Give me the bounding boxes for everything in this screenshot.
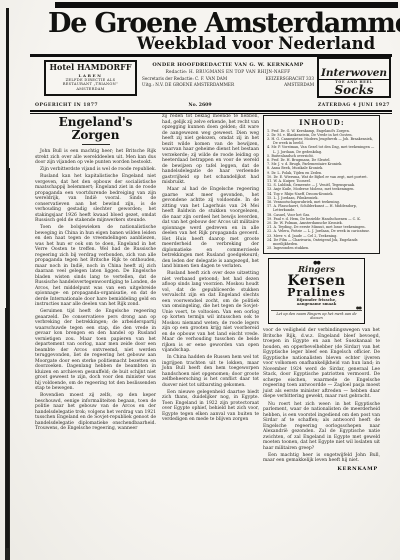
hotel-ad-line: AMSTERDAM [46, 87, 135, 92]
masthead: De Groene Amsterdammer Weekblad voor Ned… [48, 11, 392, 51]
article-paragraph: Een nieuwe gelegenheid daartoe biedt zic… [162, 390, 259, 423]
article-paragraph: Nu roert het zich weer: in het Egyptisch… [263, 402, 380, 452]
cherries-icon: ●● [356, 305, 361, 311]
socks-ad-product: Socks [319, 85, 389, 96]
article-paragraph: voor de veiligheid der verbindingswegen … [263, 328, 380, 400]
contents-entry: 17. A. Plasschaert, Schilderkunst — H. M… [267, 204, 377, 212]
chief-editor-line: ONDER HOOFDREDACTIE VAN G. W. KERNKAMP [141, 62, 315, 69]
editorial-block: ONDER HOOFDREDACTIE VAN G. W. KERNKAMP R… [141, 62, 315, 89]
socks-ad-brand: Interwoven [319, 68, 389, 80]
author-signature: KERNKAMP [263, 467, 380, 473]
publisher-line: Uitg.: N.V. DE GROENE AMSTERDAMMER AMSTE… [141, 82, 315, 89]
hotel-ad-name: Hotel HAMDORFF [46, 63, 135, 73]
contents-title: INHOUD: [267, 118, 377, 127]
article-paragraph: Maar al had de Engelsche regeering gaarn… [162, 187, 259, 270]
article-paragraph: zij reden tot beklag meende te hebben, h… [162, 114, 259, 186]
ringers-ad-footnote: Let op den naam Ringers op het merk aan … [271, 310, 362, 321]
article-paragraph: Rusland heeft zich over deze uitzetting … [162, 271, 259, 354]
article-paragraph: Geruimen tijd heeft de Engelsche regeeri… [35, 309, 156, 392]
contents-entry: 24. De Film — Charivaria, Onteigend Jok,… [267, 238, 377, 246]
masthead-title: De Groene Amsterdammer [48, 11, 392, 36]
title-ornament [82, 144, 110, 145]
table-of-contents-box: INHOUD: 1. Prof. Dr. G. W. Kernkamp, Eng… [263, 115, 380, 254]
contents-entry: 4. Mr. P. Vorstman, Van Gezel tot den Da… [267, 145, 377, 153]
article-column-2: zij reden tot beklag meende te hebben, h… [162, 114, 259, 424]
contents-entry: 3. H. G. Cannegieter, Modern Jeugdwerk —… [267, 137, 377, 145]
article-column-1: Engeland's Zorgen John Bull is een macht… [35, 116, 156, 434]
article-paragraph: John Bull is een machtig heer; het Brits… [35, 149, 156, 166]
column-1-text: John Bull is een machtig heer; het Brits… [35, 149, 156, 432]
article-title: Engeland's Zorgen [35, 116, 156, 142]
publisher-city: AMSTERDAM [284, 82, 314, 89]
masthead-subtitle: Weekblad voor Nederland [120, 36, 392, 51]
contents-list: 1. Prof. Dr. G. W. Kernkamp, Engeland's … [267, 129, 377, 251]
ringers-pralines-ad: ●● Ringers Kersen Pralines Bijzonder fri… [268, 258, 365, 324]
article-paragraph: In China hadden de Russen hem wel tot in… [162, 355, 259, 388]
publisher-name: Uitg.: N.V. DE GROENE AMSTERDAMMER [142, 82, 234, 89]
article-paragraph: Bovendien moest zij zelfs, op den keper … [35, 393, 156, 432]
column-3-text: voor de veiligheid der verbindingswegen … [263, 328, 380, 463]
article-paragraph: Een machtig heer is ongetwijfeld John Bu… [263, 453, 380, 464]
article-paragraph: Rusland kan het kapitalistische Engeland… [35, 174, 156, 224]
column-2-text: zij reden tot beklag meende te hebben, h… [162, 114, 259, 423]
issue-date: ZATERDAG 4 JUNI 1927 [318, 103, 390, 108]
hotel-hamdorff-ad: Hotel HAMDORFF LAREN ZELFDE DIRECTIE ALS… [44, 60, 137, 96]
article-paragraph: Toen de bolsjewieken de nationalistische… [35, 225, 156, 308]
article-paragraph: Zijn verbitterdste vijand is wel de rood… [35, 167, 156, 173]
interwoven-socks-ad: Interwoven TOE AND HEEL Socks [317, 57, 391, 98]
ringers-ad-tagline: aangename smaak [271, 302, 362, 307]
contents-entry: 22. A. Velera, Poëzie — L. J. Jordaan, D… [267, 229, 377, 233]
contents-entry: 25. Ingezonden stukken. [267, 246, 377, 250]
article-column-3: INHOUD: 1. Prof. Dr. G. W. Kernkamp, Eng… [263, 115, 380, 472]
scan-artifact-left-bar [6, 8, 9, 548]
newspaper-page: De Groene Amsterdammer Weekblad voor Ned… [0, 0, 400, 560]
